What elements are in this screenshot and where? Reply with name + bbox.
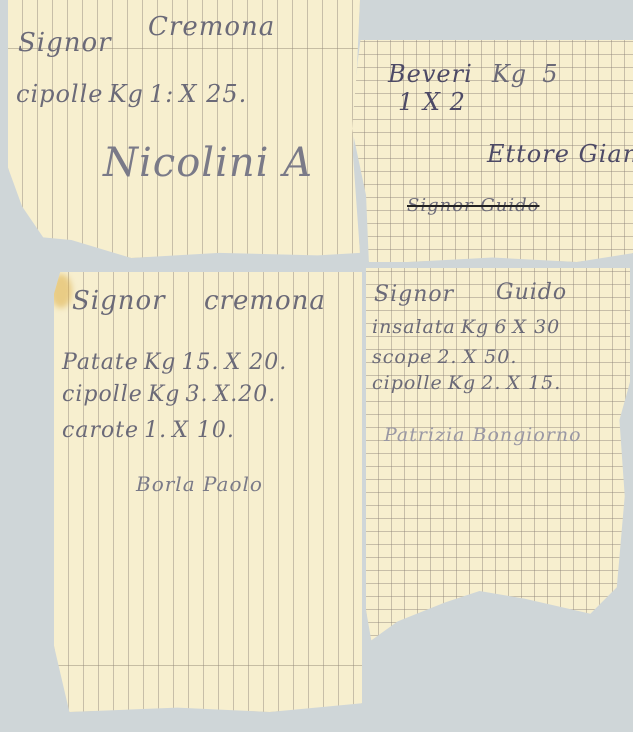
item-qty: 5: [542, 60, 558, 88]
item-qty: 1.: [144, 418, 167, 443]
item-row: cipolle Kg 1: X 25.: [16, 80, 247, 108]
item-product: cipolle: [372, 372, 443, 394]
item-unit: Kg: [492, 60, 527, 88]
stain: [50, 274, 72, 308]
heading-name: Cremona: [148, 12, 275, 42]
receipt-slip-cremona-2: Signor cremona Patate Kg 15. X 20. cipol…: [54, 272, 362, 712]
item-price: X 30: [513, 316, 561, 338]
item-qty: 3.: [186, 382, 209, 407]
item-qty: 2.: [437, 346, 457, 368]
item-row: Patate Kg 15. X 20.: [62, 350, 287, 375]
item-price: X 25.: [179, 80, 247, 108]
item-product: scope: [372, 346, 432, 368]
receipt-slip-guido: Signor Guido insalata Kg 6 X 30 scope 2.…: [366, 268, 630, 648]
signature: Nicolini A: [103, 140, 313, 186]
item-product: Beveri: [388, 60, 473, 88]
item-price: X.20.: [214, 382, 277, 407]
item-price: X 20.: [225, 350, 288, 375]
heading-name: cremona: [204, 286, 326, 316]
item-row: cipolle Kg 3. X.20.: [62, 382, 276, 407]
item-unit: Kg: [148, 382, 181, 407]
signature: Ettore Gianni: [487, 140, 633, 168]
item-qty: 1:: [149, 80, 174, 108]
item-product: carote: [62, 418, 139, 443]
heading-title: Signor: [72, 286, 166, 316]
item-product: cipolle: [62, 382, 143, 407]
item-product: cipolle: [16, 80, 103, 108]
item-product: insalata: [372, 316, 456, 338]
item-price: 1 X 2: [398, 88, 466, 116]
item-unit: Kg: [109, 80, 144, 108]
item-row: Beveri Kg 5 1 X 2: [388, 60, 633, 116]
item-price: X 50.: [463, 346, 518, 368]
fold-line: [54, 665, 362, 666]
item-row: insalata Kg 6 X 30: [372, 316, 560, 338]
heading-title: Signor: [18, 28, 112, 58]
item-unit: Kg: [461, 316, 489, 338]
signature: Borla Paolo: [136, 472, 263, 496]
item-product: Patate: [62, 350, 139, 375]
receipt-slip-cremona-1: Signor Cremona cipolle Kg 1: X 25. Nicol…: [8, 0, 360, 258]
item-price: X 10.: [172, 418, 235, 443]
struck-text: Signor Guido: [407, 195, 539, 216]
item-row: carote 1. X 10.: [62, 418, 235, 443]
signature: Patrizia Bongiorno: [384, 424, 582, 446]
receipt-slip-beveri: Beveri Kg 5 1 X 2 Ettore Gianni Signor G…: [352, 40, 633, 262]
item-price: X 15.: [507, 372, 562, 394]
item-qty: 6: [494, 316, 507, 338]
item-row: scope 2. X 50.: [372, 346, 517, 368]
item-unit: Kg: [448, 372, 476, 394]
item-qty: 2.: [481, 372, 501, 394]
item-unit: Kg: [144, 350, 177, 375]
heading-title: Signor: [374, 282, 454, 307]
item-qty: 15.: [181, 350, 219, 375]
heading-name: Guido: [496, 280, 567, 305]
item-row: cipolle Kg 2. X 15.: [372, 372, 561, 394]
